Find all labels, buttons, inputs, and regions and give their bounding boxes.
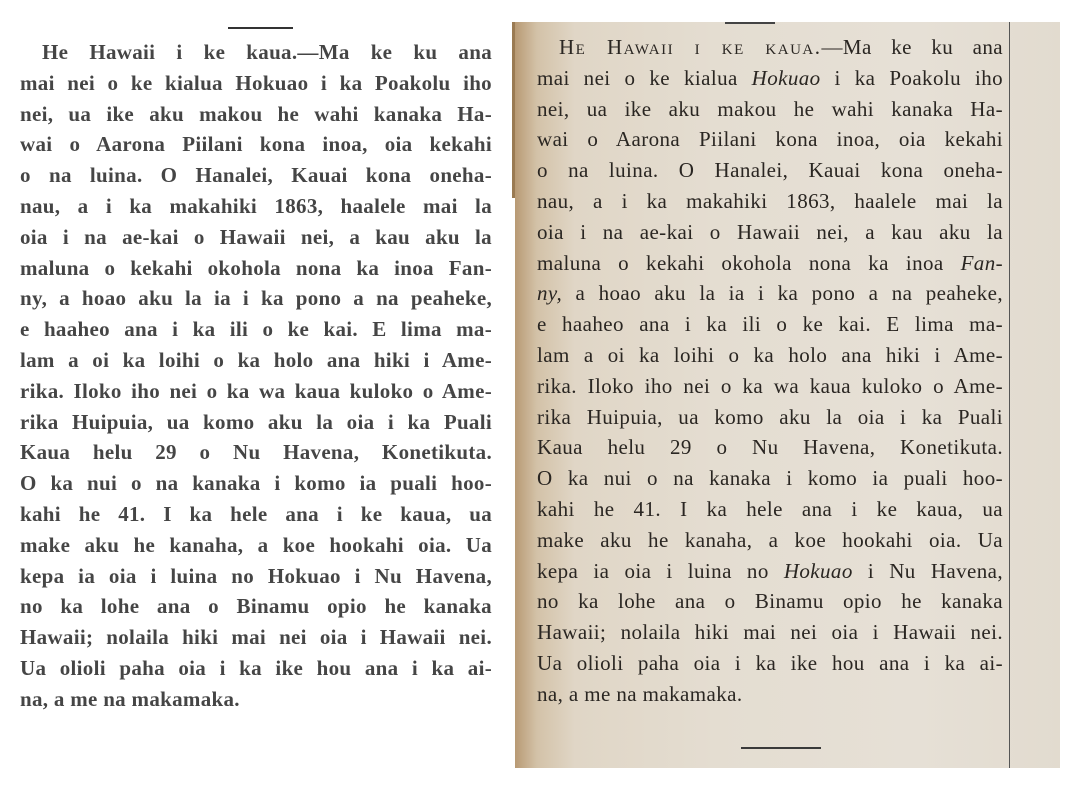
text-line: kepa ia oia i luina no Hokuao i Nu Haven… xyxy=(20,561,492,592)
text-line: nau, a i ka makahiki 1863, haalele mai l… xyxy=(20,191,492,222)
text-line: e haaheo ana i ka ili o ke kai. E lima m… xyxy=(20,314,492,345)
italic-name: Hokuao xyxy=(752,66,821,90)
text-line: na, a me na makamaka. xyxy=(20,684,492,715)
italic-name: ny, xyxy=(537,281,562,305)
text-line: na, a me na makamaka. xyxy=(537,679,1003,710)
text-line: ny, a hoao aku la ia i ka pono a na peah… xyxy=(537,278,1003,309)
text-line: O ka nui o na kanaka i komo ia puali hoo… xyxy=(537,463,1003,494)
text-line: o na luina. O Hanalei, Kauai kona oneha- xyxy=(20,160,492,191)
text-line: ny, a hoao aku la ia i ka pono a na peah… xyxy=(20,283,492,314)
photo-panel-right: He Hawaii i ke kaua.—Ma ke ku anamai nei… xyxy=(515,22,1060,768)
text-line: rika Huipuia, ua komo aku la oia i ka Pu… xyxy=(20,407,492,438)
text-line: kahi he 41. I ka hele ana i ke kaua, ua xyxy=(20,499,492,530)
text-line: maluna o kekahi okohola nona ka inoa Fan… xyxy=(537,248,1003,279)
text-line: He Hawaii i ke kaua.—Ma ke ku ana xyxy=(20,37,492,68)
text-line: lam a oi ka loihi o ka holo ana hiki i A… xyxy=(537,340,1003,371)
top-divider-rule xyxy=(725,22,775,24)
text-line: Ua olioli paha oia i ka ike hou ana i ka… xyxy=(537,648,1003,679)
text-line: nei, ua ike aku makou he wahi kanaka Ha- xyxy=(20,99,492,130)
article-heading: He Hawaii i ke kaua. xyxy=(559,35,822,59)
text-line: no ka lohe ana o Binamu opio he kanaka xyxy=(537,586,1003,617)
text-line: kahi he 41. I ka hele ana i ke kaua, ua xyxy=(537,494,1003,525)
text-line: make aku he kanaha, a koe hookahi oia. U… xyxy=(20,530,492,561)
text-line: He Hawaii i ke kaua.—Ma ke ku ana xyxy=(537,32,1003,63)
text-line: e haaheo ana i ka ili o ke kai. E lima m… xyxy=(537,309,1003,340)
text-line: lam a oi ka loihi o ka holo ana hiki i A… xyxy=(20,345,492,376)
text-line: maluna o kekahi okohola nona ka inoa Fan… xyxy=(20,253,492,284)
text-line: rika. Iloko iho nei o ka wa kaua kuloko … xyxy=(537,371,1003,402)
text-line: make aku he kanaha, a koe hookahi oia. U… xyxy=(537,525,1003,556)
text-line: Hawaii; nolaila hiki mai nei oia i Hawai… xyxy=(20,622,492,653)
text-line: Ua olioli paha oia i ka ike hou ana i ka… xyxy=(20,653,492,684)
italic-name: Hokuao xyxy=(784,559,853,583)
text-line: rika. Iloko iho nei o ka wa kaua kuloko … xyxy=(20,376,492,407)
column-rule xyxy=(1009,22,1010,768)
text-line: mai nei o ke kialua Hokuao i ka Poakolu … xyxy=(20,68,492,99)
text-line: rika Huipuia, ua komo aku la oia i ka Pu… xyxy=(537,402,1003,433)
text-line: O ka nui o na kanaka i komo ia puali hoo… xyxy=(20,468,492,499)
text-line: oia i na ae-kai o Hawaii nei, a kau aku … xyxy=(537,217,1003,248)
text-line: Kaua helu 29 o Nu Havena, Konetikuta. xyxy=(537,432,1003,463)
italic-name: Fan- xyxy=(961,251,1003,275)
bottom-divider-rule xyxy=(741,747,821,749)
article-text-column: He Hawaii i ke kaua.—Ma ke ku anamai nei… xyxy=(537,32,1003,710)
scan-panel-left: He Hawaii i ke kaua.—Ma ke ku anamai nei… xyxy=(0,0,514,787)
text-line: no ka lohe ana o Binamu opio he kanaka xyxy=(20,591,492,622)
top-divider-rule xyxy=(228,27,293,29)
text-line: o na luina. O Hanalei, Kauai kona oneha- xyxy=(537,155,1003,186)
text-line: nau, a i ka makahiki 1863, haalele mai l… xyxy=(537,186,1003,217)
text-line: kepa ia oia i luina no Hokuao i Nu Haven… xyxy=(537,556,1003,587)
text-line: Kaua helu 29 o Nu Havena, Konetikuta. xyxy=(20,437,492,468)
text-line: mai nei o ke kialua Hokuao i ka Poakolu … xyxy=(537,63,1003,94)
text-line: wai o Aarona Piilani kona inoa, oia keka… xyxy=(537,124,1003,155)
text-line: oia i na ae-kai o Hawaii nei, a kau aku … xyxy=(20,222,492,253)
text-line: wai o Aarona Piilani kona inoa, oia keka… xyxy=(20,129,492,160)
article-text-column: He Hawaii i ke kaua.—Ma ke ku anamai nei… xyxy=(20,37,492,715)
text-line: nei, ua ike aku makou he wahi kanaka Ha- xyxy=(537,94,1003,125)
text-line: Hawaii; nolaila hiki mai nei oia i Hawai… xyxy=(537,617,1003,648)
